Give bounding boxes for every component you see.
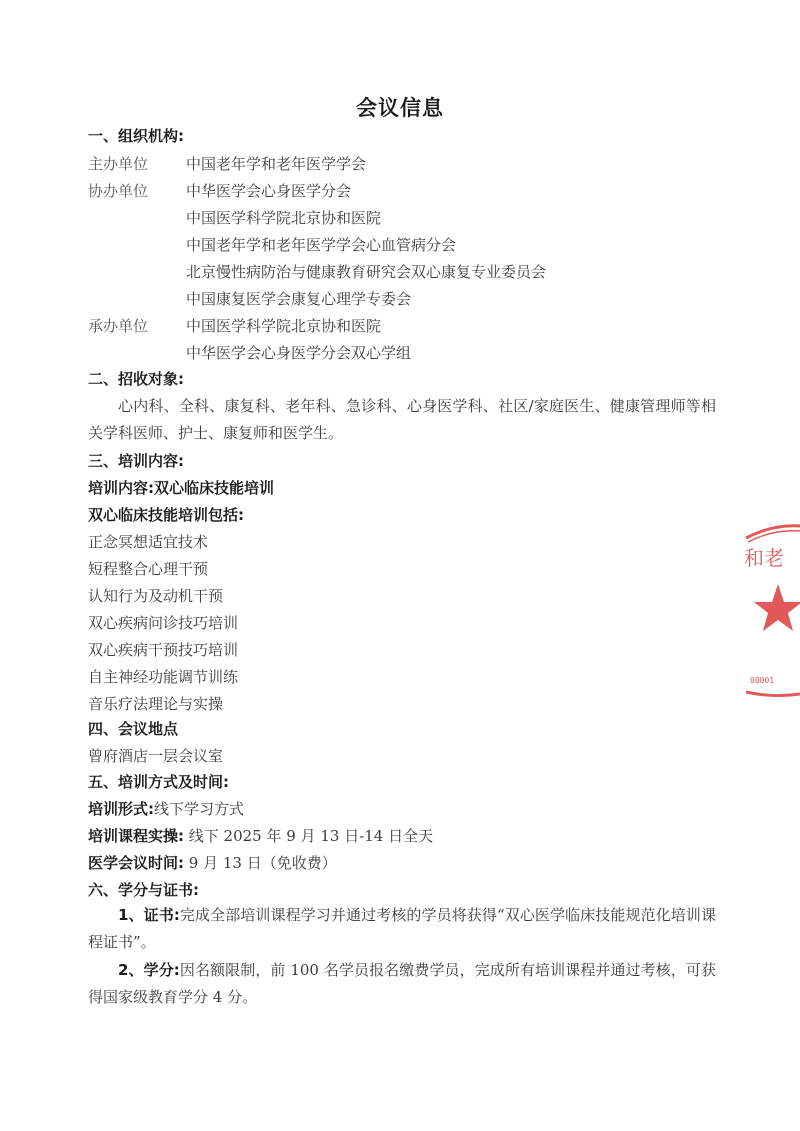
content-item: 双心疾病干预技巧培训	[88, 639, 238, 660]
content-item: 短程整合心理干预	[88, 558, 208, 579]
host-value: 中国老年学和老年医学学会	[186, 155, 366, 173]
official-seal-stamp: 和老 00001	[738, 520, 800, 700]
section-heading-schedule: 五、培训方式及时间:	[88, 771, 229, 792]
format-value: 线下学习方式	[154, 800, 244, 818]
organizer-value: 中国医学科学院北京协和医院	[186, 317, 381, 335]
cert-paragraph: 1、证书:完成全部培训课程学习并通过考核的学员将获得“双心医学临床技能规范化培训…	[88, 902, 716, 956]
content-item: 认知行为及动机干预	[88, 585, 223, 606]
co-row: 协办单位中华医学会心身医学分会	[88, 180, 351, 201]
credit-label: 2、学分:	[118, 961, 180, 979]
audience-text: 心内科、全科、康复科、老年科、急诊科、心身医学科、社区/家庭医生、健康管理师等相…	[88, 393, 716, 447]
topic-value: 双心临床技能培训	[154, 479, 274, 497]
content-item: 双心疾病问诊技巧培训	[88, 612, 238, 633]
star-icon	[754, 584, 800, 631]
co-value: 中国康复医学会康复心理学专委会	[186, 288, 411, 309]
co-value: 北京慢性病防治与健康教育研究会双心康复专业委员会	[186, 261, 546, 282]
course-row: 培训课程实操: 线下 2025 年 9 月 13 日-14 日全天	[88, 825, 433, 846]
page-title: 会议信息	[0, 92, 800, 122]
co-value: 中国医学科学院北京协和医院	[186, 207, 381, 228]
course-label: 培训课程实操:	[88, 827, 184, 845]
co-label: 协办单位	[88, 180, 186, 201]
credit-paragraph: 2、学分:因名额限制，前 100 名学员报名缴费学员，完成所有培训课程并通过考核…	[88, 957, 716, 1011]
document-page: 会议信息 一、组织机构: 主办单位中国老年学和老年医学学会 协办单位中华医学会心…	[0, 0, 800, 1131]
credit-text: 因名额限制，前 100 名学员报名缴费学员，完成所有培训课程并通过考核，可获得国…	[88, 961, 716, 1006]
content-item: 自主神经功能调节训练	[88, 666, 238, 687]
organizer-label: 承办单位	[88, 315, 186, 336]
section-heading-content: 三、培训内容:	[88, 450, 184, 471]
cert-text: 完成全部培训课程学习并通过考核的学员将获得“双心医学临床技能规范化培训课程证书”…	[88, 906, 716, 951]
topic-label: 培训内容:	[88, 479, 154, 497]
stamp-text: 和老	[744, 546, 784, 570]
format-row: 培训形式:线下学习方式	[88, 798, 244, 819]
co-value: 中华医学会心身医学分会	[186, 182, 351, 200]
section-heading-audience: 二、招收对象:	[88, 368, 184, 389]
host-row: 主办单位中国老年学和老年医学学会	[88, 153, 366, 174]
content-item: 正念冥想适宜技术	[88, 531, 208, 552]
meeting-row: 医学会议时间: 9 月 13 日（免收费）	[88, 852, 337, 873]
svg-text:00001: 00001	[750, 676, 774, 685]
venue-place: 曾府酒店一层会议室	[88, 745, 223, 766]
content-item: 音乐疗法理论与实操	[88, 693, 223, 714]
course-value: 线下 2025 年 9 月 13 日-14 日全天	[189, 827, 433, 845]
section-heading-venue: 四、会议地点	[88, 718, 178, 739]
meeting-value: 9 月 13 日（免收费）	[189, 854, 337, 872]
meeting-label: 医学会议时间:	[88, 854, 184, 872]
organizer-value: 中华医学会心身医学分会双心学组	[186, 342, 411, 363]
host-label: 主办单位	[88, 153, 186, 174]
topic-row: 培训内容:双心临床技能培训	[88, 477, 274, 498]
organizer-row: 承办单位中国医学科学院北京协和医院	[88, 315, 381, 336]
section-heading-credits: 六、学分与证书:	[88, 879, 199, 900]
co-value: 中国老年学和老年医学学会心血管病分会	[186, 234, 456, 255]
cert-label: 1、证书:	[118, 906, 180, 924]
includes-label: 双心临床技能培训包括:	[88, 504, 244, 525]
section-heading-org: 一、组织机构:	[88, 125, 184, 146]
format-label: 培训形式:	[88, 800, 154, 818]
